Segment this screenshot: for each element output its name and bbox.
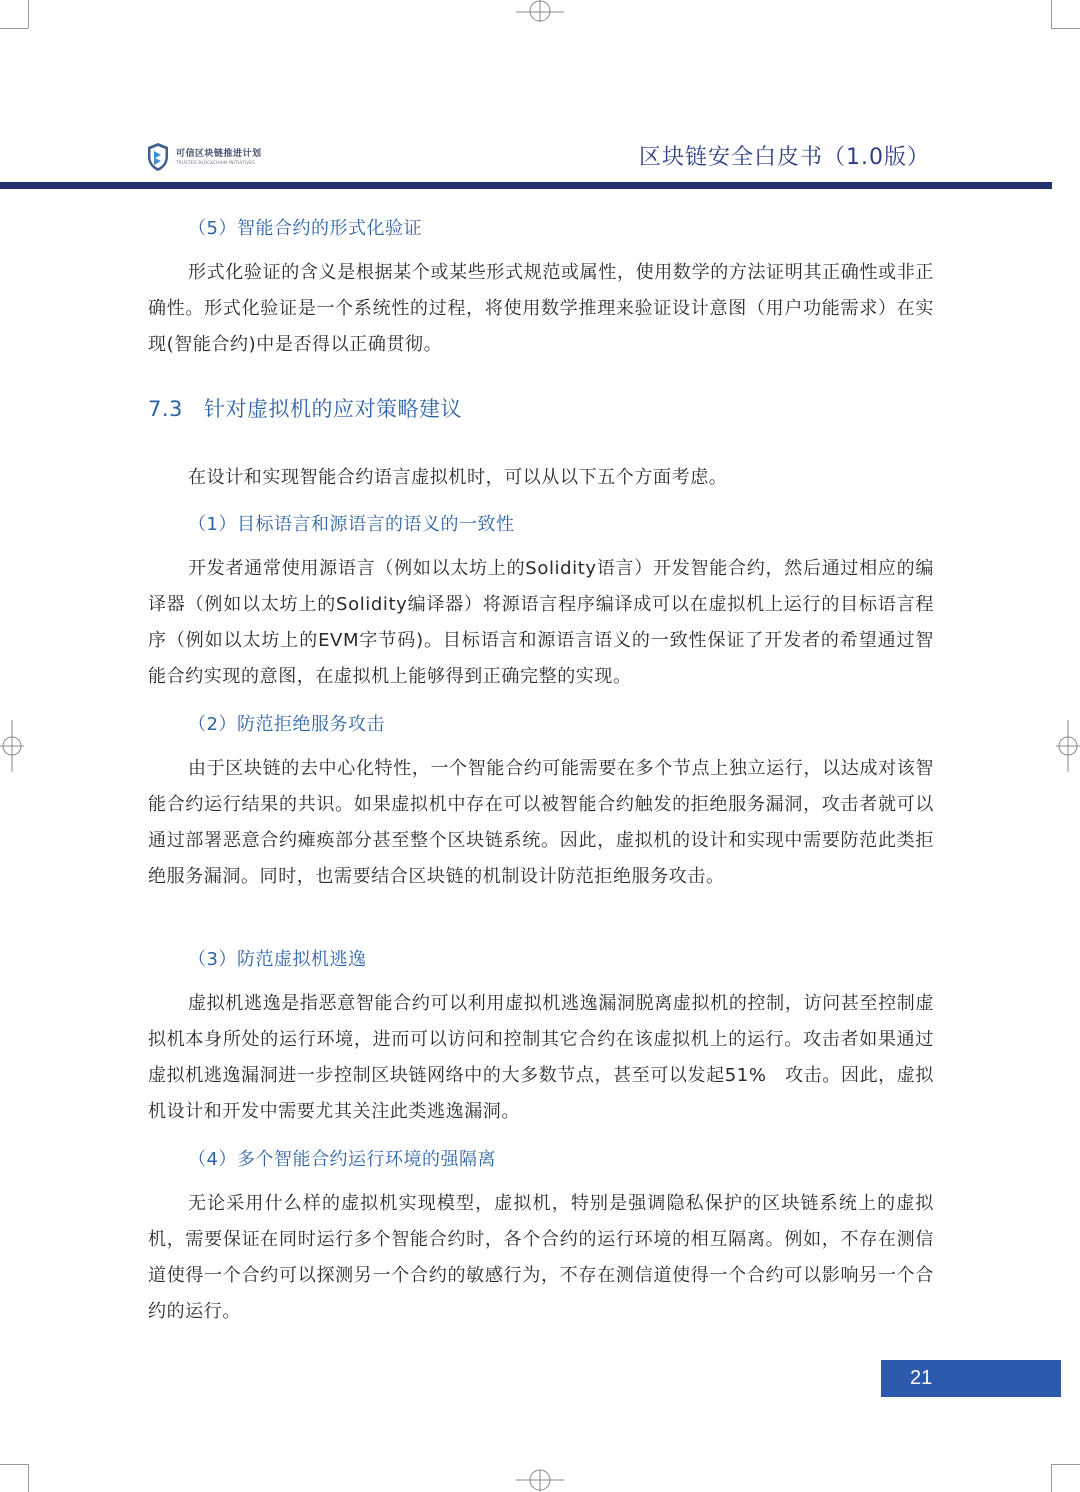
crop-mark-tr-v xyxy=(1051,0,1052,28)
header-logo: 可信区块链推进计划 TRUSTED BLOCKCHAIN INITIATIVES xyxy=(146,142,262,172)
document-title: 区块链安全白皮书（1.0版） xyxy=(639,140,930,171)
logo-name-en: TRUSTED BLOCKCHAIN INITIATIVES xyxy=(176,160,262,166)
header-rule xyxy=(0,182,1052,189)
item-paragraph-3: 虚拟机逃逸是指恶意智能合约可以利用虚拟机逃逸漏洞脱离虚拟机的控制，访问甚至控制虚… xyxy=(148,986,934,1130)
intro-paragraph: 在设计和实现智能合约语言虚拟机时，可以从以下五个方面考虑。 xyxy=(148,460,934,496)
item-paragraph-1: 开发者通常使用源语言（例如以太坊上的Solidity语言）开发智能合约，然后通过… xyxy=(148,551,934,695)
item-heading-1: （1）目标语言和源语言的语义的一致性 xyxy=(188,510,514,536)
item-heading-3: （3）防范虚拟机逃逸 xyxy=(188,945,366,971)
registration-mark-bottom xyxy=(516,1468,564,1492)
crop-mark-br-h xyxy=(1051,1464,1080,1465)
registration-mark-right xyxy=(1056,720,1080,772)
registration-mark-top xyxy=(516,0,564,24)
chapter-number: 7.3 xyxy=(148,397,204,421)
crop-mark-bl-v xyxy=(28,1464,29,1492)
item-paragraph-4: 无论采用什么样的虚拟机实现模型，虚拟机，特别是强调隐私保护的区块链系统上的虚拟机… xyxy=(148,1186,934,1330)
section-paragraph-5: 形式化验证的含义是根据某个或某些形式规范或属性，使用数学的方法证明其正确性或非正… xyxy=(148,255,934,363)
item-paragraph-2: 由于区块链的去中心化特性，一个智能合约可能需要在多个节点上独立运行，以达成对该智… xyxy=(148,751,934,895)
page-number-badge: 21 xyxy=(881,1360,1061,1397)
crop-mark-bl-h xyxy=(0,1464,28,1465)
logo-name-cn: 可信区块链推进计划 xyxy=(176,149,262,160)
chapter-title: 针对虚拟机的应对策略建议 xyxy=(204,397,462,421)
crop-mark-tl-v xyxy=(28,0,29,28)
section-heading-5: （5）智能合约的形式化验证 xyxy=(188,214,422,240)
crop-mark-tl-h xyxy=(0,28,28,29)
item-heading-2: （2）防范拒绝服务攻击 xyxy=(188,710,385,736)
item-heading-4: （4）多个智能合约运行环境的强隔离 xyxy=(188,1145,496,1171)
crop-mark-tr-h xyxy=(1051,28,1080,29)
registration-mark-left xyxy=(0,720,26,772)
crop-mark-br-v xyxy=(1051,1464,1052,1492)
chapter-heading: 7.3针对虚拟机的应对策略建议 xyxy=(148,393,462,423)
shield-logo-icon xyxy=(146,142,170,172)
